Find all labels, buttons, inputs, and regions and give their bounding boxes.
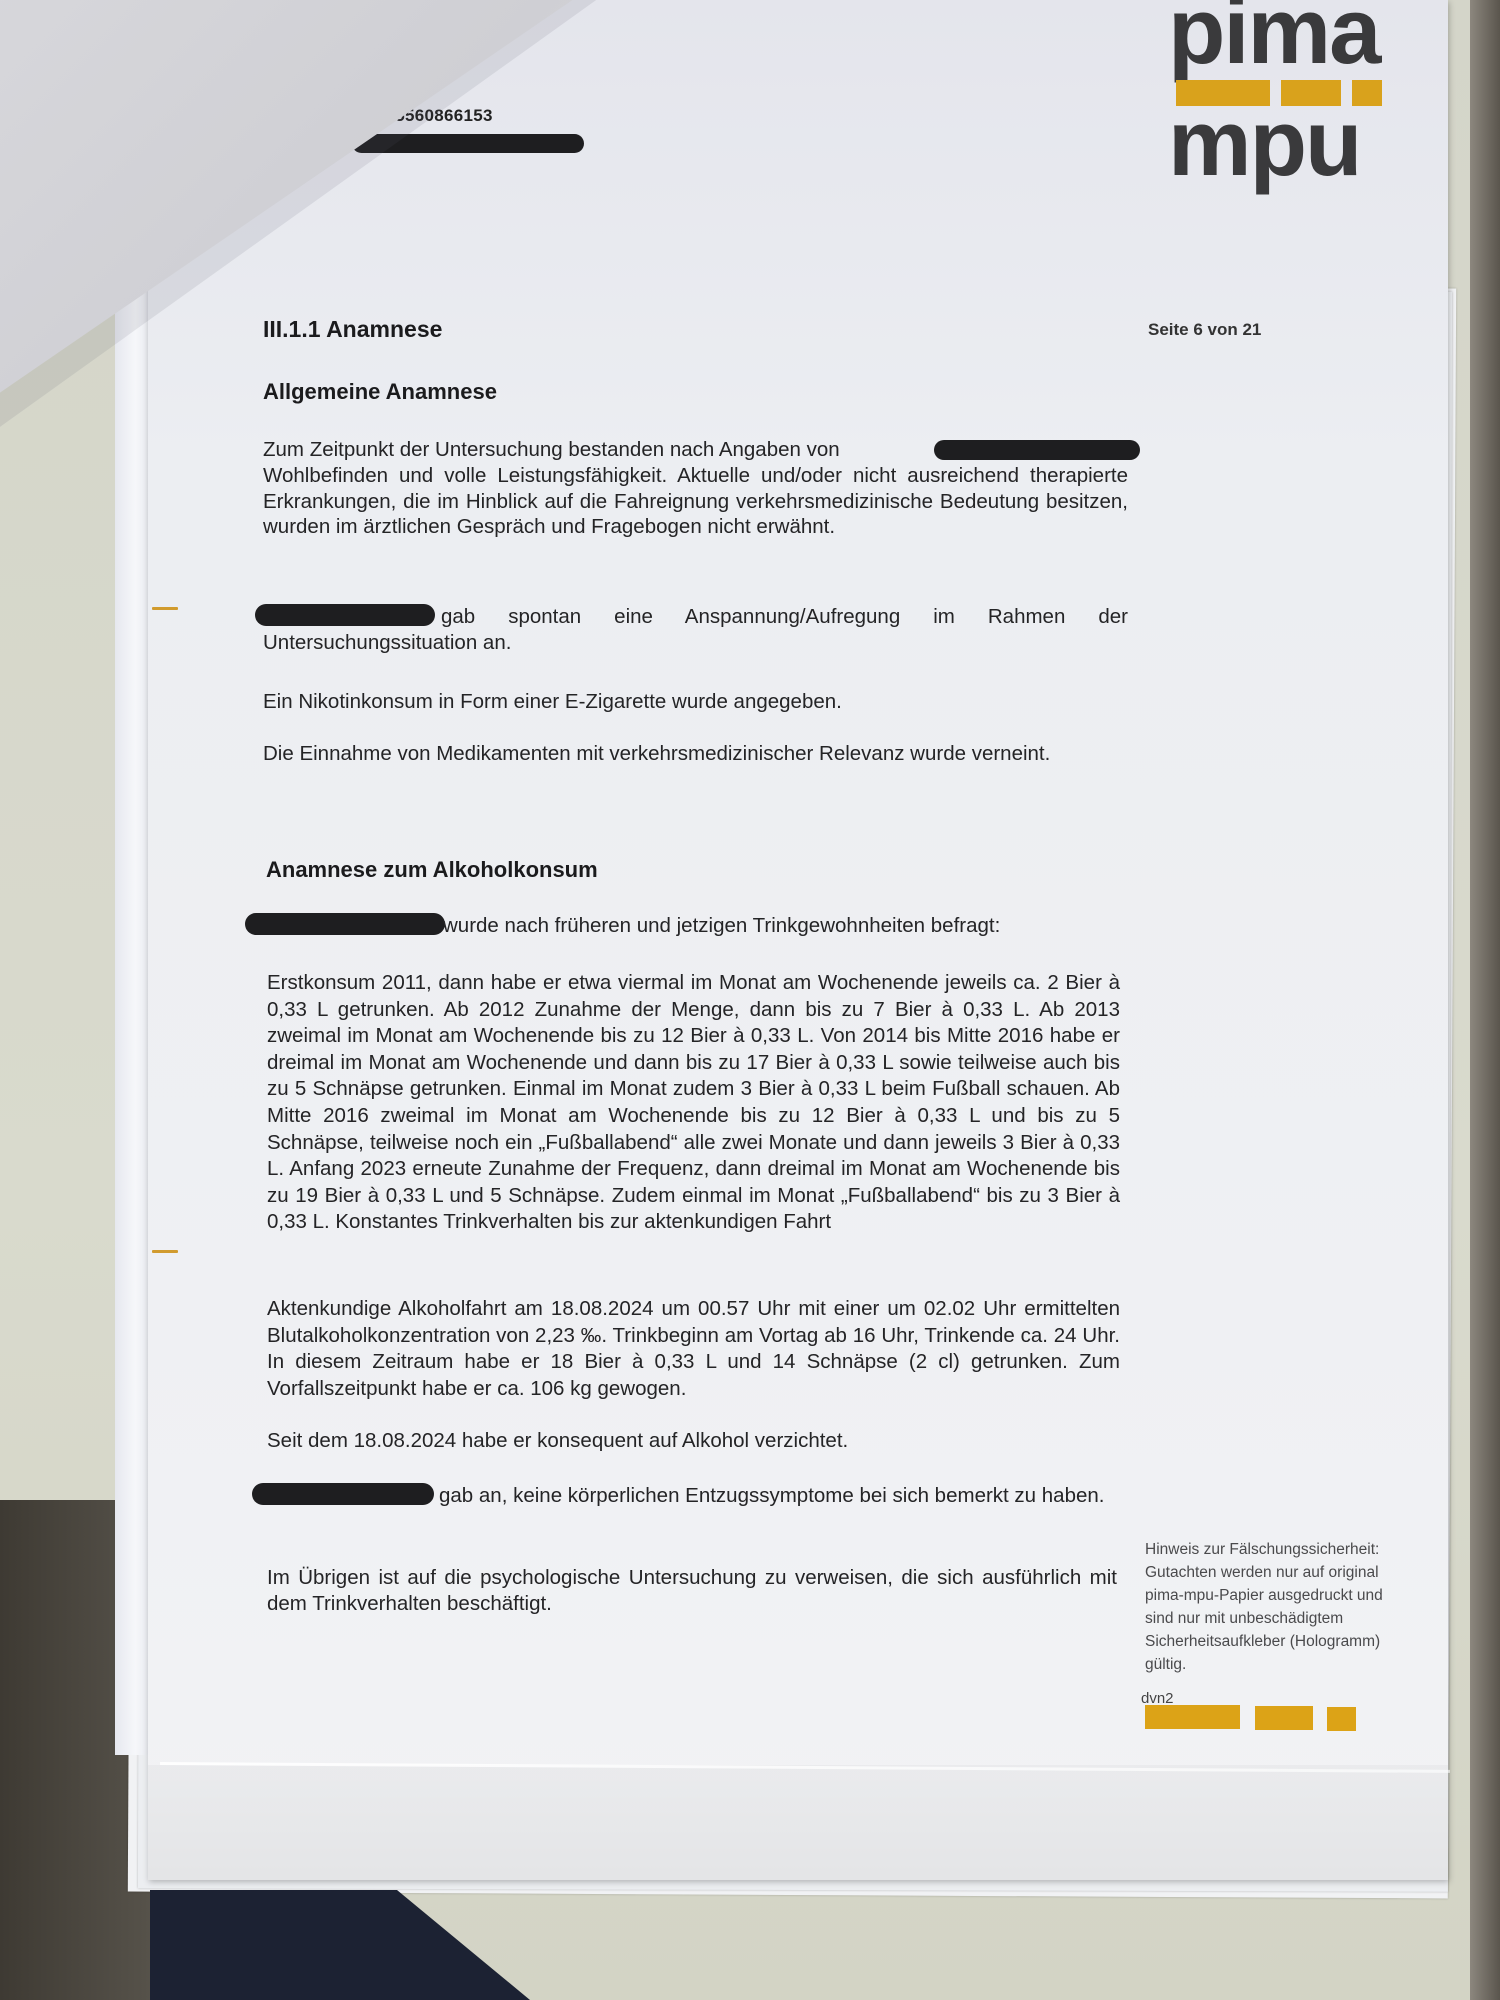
paragraph-psych-reference: Im Übrigen ist auf die psychologische Un…: [267, 1565, 1117, 1616]
paragraph-nicotine: Ein Nikotinkonsum in Form einer E-Zigare…: [263, 689, 1138, 715]
redaction-bar: [934, 440, 1140, 460]
pima-mpu-logo: pima mpu: [1168, 0, 1418, 200]
redaction-bar: [245, 913, 445, 935]
security-bar: [1255, 1706, 1313, 1730]
margin-fold-mark: [152, 1250, 178, 1253]
margin-fold-mark: [152, 607, 178, 610]
paragraph-withdrawal: gab an, keine körperlichen Entzugssympto…: [267, 1483, 1120, 1509]
paragraph-medication: Die Einnahme von Medikamenten mit verkeh…: [263, 741, 1128, 767]
security-note: Hinweis zur Fälschungssicherheit: Gutach…: [1145, 1538, 1405, 1676]
paragraph-text: Zum Zeitpunkt der Untersuchung bestanden…: [263, 438, 840, 461]
page-stack-edge: [115, 285, 150, 1755]
page-fold-area: [148, 1765, 1448, 1880]
heading-allgemeine-anamnese: Allgemeine Anamnese: [263, 379, 497, 405]
section-id: III.1.1 Anamnese: [263, 316, 442, 343]
paragraph-tension: gab spontan eine Anspannung/Aufregung im…: [263, 604, 1128, 655]
security-bar: [1145, 1705, 1240, 1729]
logo-word-pima: pima: [1168, 0, 1379, 78]
paragraph-abstinence: Seit dem 18.08.2024 habe er konsequent a…: [267, 1428, 1142, 1454]
security-bar: [1327, 1707, 1356, 1731]
paragraph-drinking-history: Erstkonsum 2011, dann habe er etwa vierm…: [267, 970, 1120, 1236]
paragraph-alcohol-drive: Aktenkundige Alkoholfahrt am 18.08.2024 …: [267, 1296, 1120, 1402]
page-number: Seite 6 von 21: [1148, 320, 1261, 340]
logo-word-mpu: mpu: [1168, 96, 1360, 190]
paragraph-drinking-habits-intro: wurde nach früheren und jetzigen Trinkge…: [443, 913, 1143, 939]
background-right-edge: [1470, 0, 1500, 2000]
paragraph-general-health: Wohlbefinden und volle Leistungsfähigkei…: [263, 463, 1128, 540]
heading-alkoholkonsum: Anamnese zum Alkoholkonsum: [266, 857, 598, 883]
